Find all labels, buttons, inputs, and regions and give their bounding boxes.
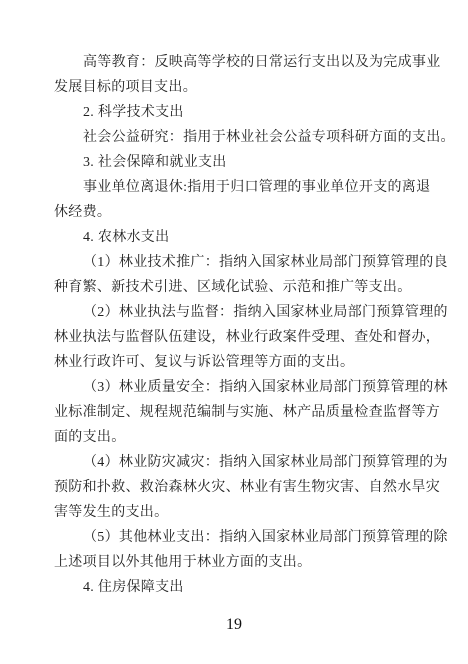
document-line: （2）林业执法与监督：指纳入国家林业局部门预算管理的 — [54, 300, 430, 325]
document-line: 预防和扑救、救治森林火灾、林业有害生物灾害、自然水旱灾 — [54, 475, 430, 500]
document-line: （4）林业防灾减灾：指纳入国家林业局部门预算管理的为 — [54, 450, 430, 475]
document-line: （3）林业质量安全：指纳入国家林业局部门预算管理的林 — [54, 375, 430, 400]
document-line: 高等教育：反映高等学校的日常运行支出以及为完成事业 — [54, 50, 430, 75]
document-line: 2. 科学技术支出 — [54, 100, 430, 125]
document-page: 高等教育：反映高等学校的日常运行支出以及为完成事业发展目标的项目支出。2. 科学… — [0, 0, 468, 664]
page-number: 19 — [226, 616, 242, 633]
document-line: 发展目标的项目支出。 — [54, 75, 430, 100]
document-line: 害等发生的支出。 — [54, 500, 430, 525]
document-line: 3. 社会保障和就业支出 — [54, 150, 430, 175]
document-line: （1）林业技术推广：指纳入国家林业局部门预算管理的良 — [54, 250, 430, 275]
document-body: 高等教育：反映高等学校的日常运行支出以及为完成事业发展目标的项目支出。2. 科学… — [54, 50, 430, 600]
document-line: 4. 农林水支出 — [54, 225, 430, 250]
document-line: 业标准制定、规程规范编制与实施、林产品质量检查监督等方 — [54, 400, 430, 425]
document-line: 林业执法与监督队伍建设，林业行政案件受理、查处和督办， — [54, 325, 430, 350]
document-line: 休经费。 — [54, 200, 430, 225]
document-line: 上述项目以外其他用于林业方面的支出。 — [54, 550, 430, 575]
document-line: 面的支出。 — [54, 425, 430, 450]
document-line: 林业行政许可、复议与诉讼管理等方面的支出。 — [54, 350, 430, 375]
document-line: 4. 住房保障支出 — [54, 575, 430, 600]
document-line: （5）其他林业支出：指纳入国家林业局部门预算管理的除 — [54, 525, 430, 550]
page-footer: 19 — [0, 612, 468, 637]
document-line: 事业单位离退休:指用于归口管理的事业单位开支的离退 — [54, 175, 430, 200]
document-line: 社会公益研究：指用于林业社会公益专项科研方面的支出。 — [54, 125, 430, 150]
document-line: 种育繁、新技术引进、区域化试验、示范和推广等支出。 — [54, 275, 430, 300]
